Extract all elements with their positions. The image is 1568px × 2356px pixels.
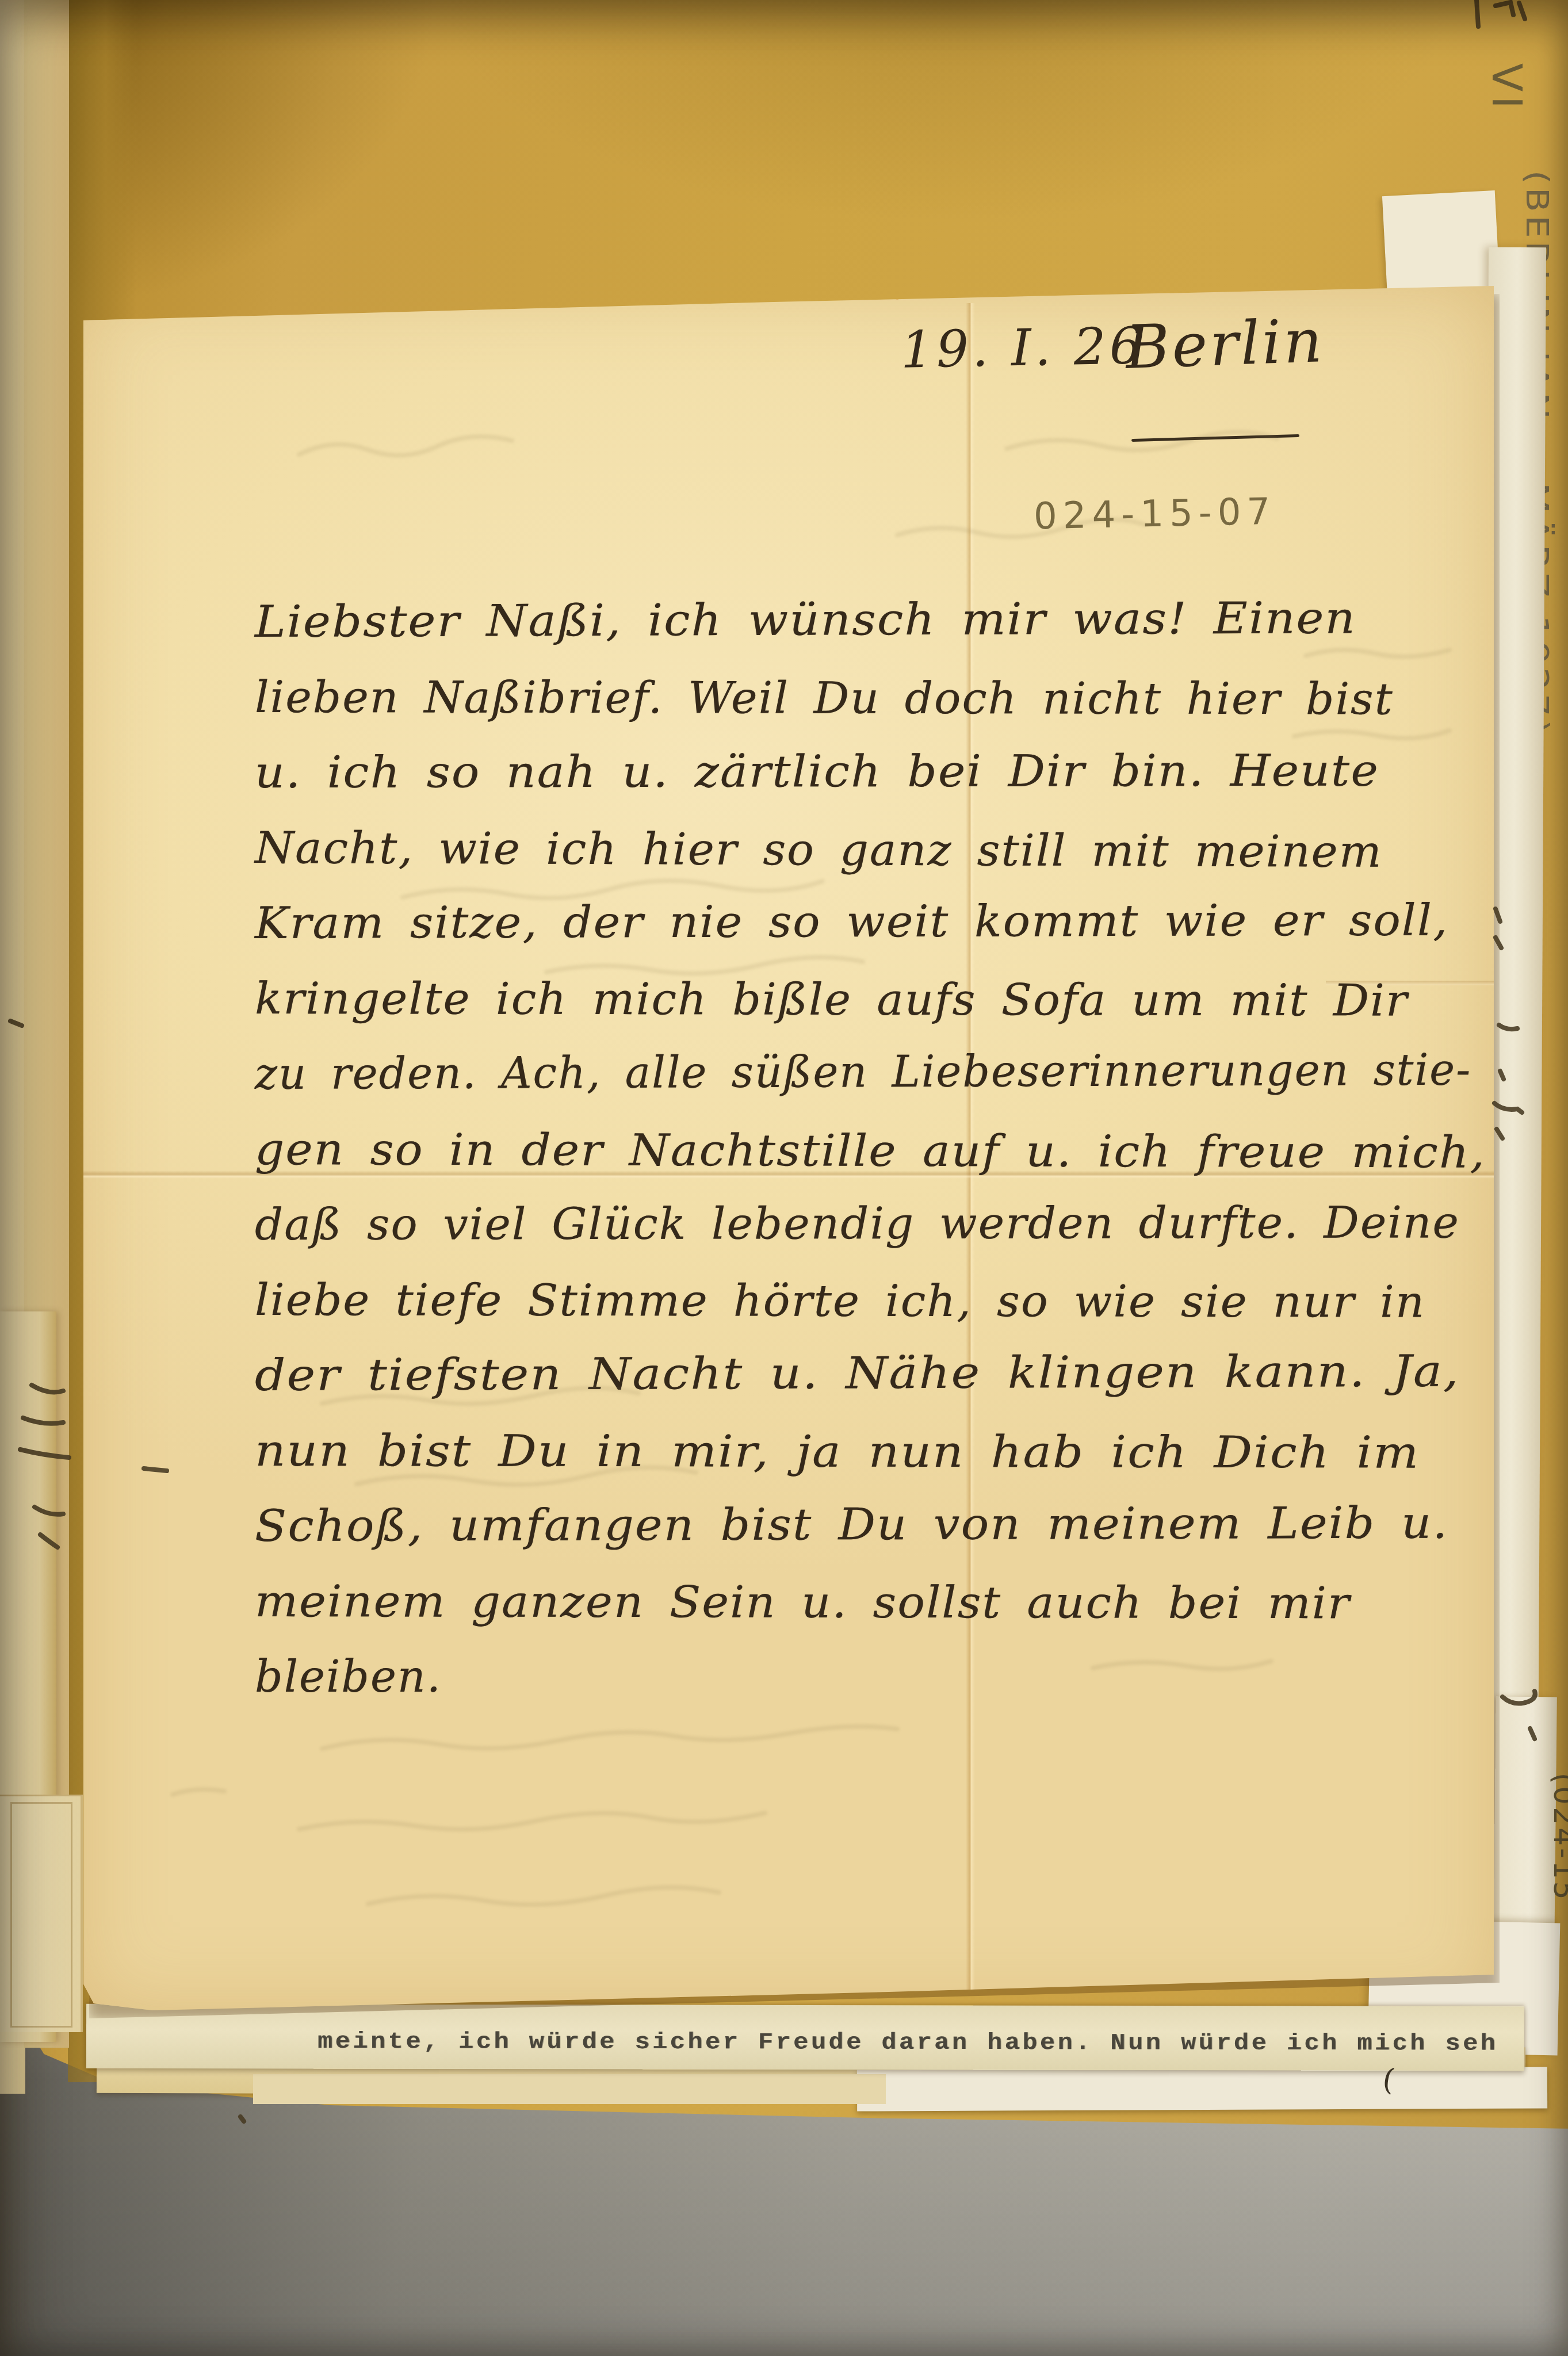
letter-place: Berlin: [1125, 305, 1325, 383]
letter-page: 19. I. 26 Berlin 024-15-07 Liebster Naßi…: [83, 286, 1494, 2011]
left-card-stack: [0, 1795, 83, 2032]
page-sliver: [253, 2074, 886, 2104]
page-sliver: [857, 2067, 1547, 2111]
letter-line: nun bist Du in mir, ja nun hab ich Dich …: [255, 1418, 1420, 1485]
letter-line: Nacht, wie ich hier so ganz still mit me…: [255, 816, 1383, 884]
letter-line: Liebster Naßi, ich wünsch mir was! Einen: [255, 586, 1356, 654]
letter-line: u. ich so nah u. zärtlich bei Dir bin. H…: [255, 739, 1379, 805]
letter-date: 19. I. 26: [900, 316, 1145, 379]
folder-edge-label: (024-15: [1547, 1773, 1568, 1902]
letter-line: meinem ganzen Sein u. sollst auch bei mi…: [255, 1569, 1351, 1635]
letter-line: liebe tiefe Stimme hörte ich, so wie sie…: [255, 1268, 1425, 1334]
folder-volume-numeral: VI: [1483, 63, 1531, 113]
letter-line: der tiefsten Nacht u. Nähe klingen kann.…: [255, 1339, 1460, 1408]
letter-line: lieben Naßibrief. Weil Du doch nicht hie…: [255, 665, 1394, 731]
letter-line: bleiben.: [255, 1644, 442, 1709]
archive-number: 024-15-07: [1033, 491, 1276, 538]
letter-line: Kram sitze, der nie so weit kommt wie er…: [255, 888, 1449, 955]
archive-photo: meinte, ich würde sicher Freude daran ha…: [0, 0, 1568, 2356]
place-underline: [1131, 434, 1299, 442]
letter-line: gen so in der Nachtstille auf u. ich fre…: [255, 1117, 1486, 1185]
typed-fragment-text: meinte, ich würde sicher Freude daran ha…: [318, 2029, 1498, 2057]
letter-line: Schoß, umfangen bist Du von meinem Leib …: [255, 1491, 1448, 1558]
letter-line: kringelte ich mich bißle aufs Sofa um mi…: [255, 966, 1408, 1032]
letter-line: zu reden. Ach, alle süßen Liebeserinneru…: [255, 1038, 1472, 1106]
letter-line: daß so viel Glück lebendig werden durfte…: [255, 1190, 1460, 1257]
